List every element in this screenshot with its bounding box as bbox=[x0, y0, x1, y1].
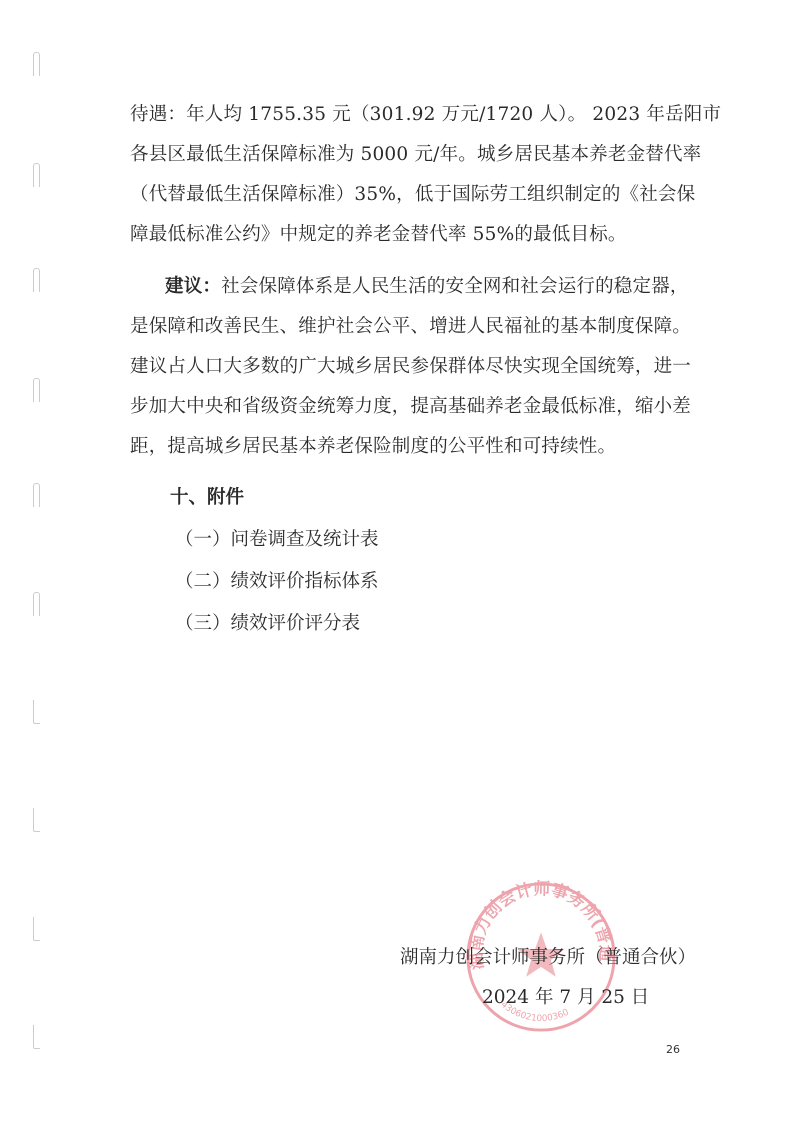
suggestion-text: 社会保障体系是人民生活的安全网和社会运行的稳定器， bbox=[221, 276, 689, 297]
binder-hole-mark bbox=[33, 700, 40, 724]
paragraph-line: 建议占人口大多数的广大城乡居民参保群体尽快实现全国统筹，进一 bbox=[130, 355, 691, 379]
suggestion-first-line: 建议：社会保障体系是人民生活的安全网和社会运行的稳定器， bbox=[165, 275, 689, 299]
section-heading: 十、附件 bbox=[170, 483, 244, 509]
suggestion-label: 建议： bbox=[165, 276, 221, 297]
binder-hole-mark bbox=[33, 268, 40, 292]
paragraph-line: 障最低标准公约》中规定的养老金替代率 55%的最低目标。 bbox=[130, 223, 627, 247]
binder-hole-mark bbox=[33, 1025, 40, 1049]
paragraph-line: 步加大中央和省级资金统筹力度，提高基础养老金最低标准，缩小差 bbox=[130, 395, 691, 419]
attachment-item: （一）问卷调查及统计表 bbox=[175, 525, 379, 551]
signature-date: 2024 年 7 月 25 日 bbox=[482, 983, 649, 1009]
paragraph-line: 待遇：年人均 1755.35 元（301.92 万元/1720 人）。 2023… bbox=[130, 103, 721, 127]
binder-hole-mark bbox=[33, 917, 40, 941]
binder-hole-mark bbox=[33, 378, 40, 402]
paragraph-line: （代替最低生活保障标准）35%，低于国际劳工组织制定的《社会保 bbox=[130, 183, 695, 207]
paragraph-line: 各县区最低生活保障标准为 5000 元/年。城乡居民基本养老金替代率 bbox=[130, 143, 701, 167]
paragraph-line: 距，提高城乡居民基本养老保险制度的公平性和可持续性。 bbox=[130, 435, 616, 459]
attachment-item: （二）绩效评价指标体系 bbox=[175, 567, 379, 593]
binder-hole-mark bbox=[33, 483, 40, 507]
binder-hole-mark bbox=[33, 808, 40, 832]
attachment-item: （三）绩效评价评分表 bbox=[175, 609, 360, 635]
paragraph-line: 是保障和改善民生、维护社会公平、增进人民福祉的基本制度保障。 bbox=[130, 315, 691, 339]
binder-hole-mark bbox=[33, 52, 40, 76]
page-number: 26 bbox=[666, 1043, 680, 1056]
binder-hole-mark bbox=[33, 163, 40, 187]
document-page: 待遇：年人均 1755.35 元（301.92 万元/1720 人）。 2023… bbox=[0, 0, 793, 1122]
binder-hole-mark bbox=[33, 592, 40, 616]
signature-organization: 湖南力创会计师事务所（普通合伙） bbox=[400, 943, 696, 969]
